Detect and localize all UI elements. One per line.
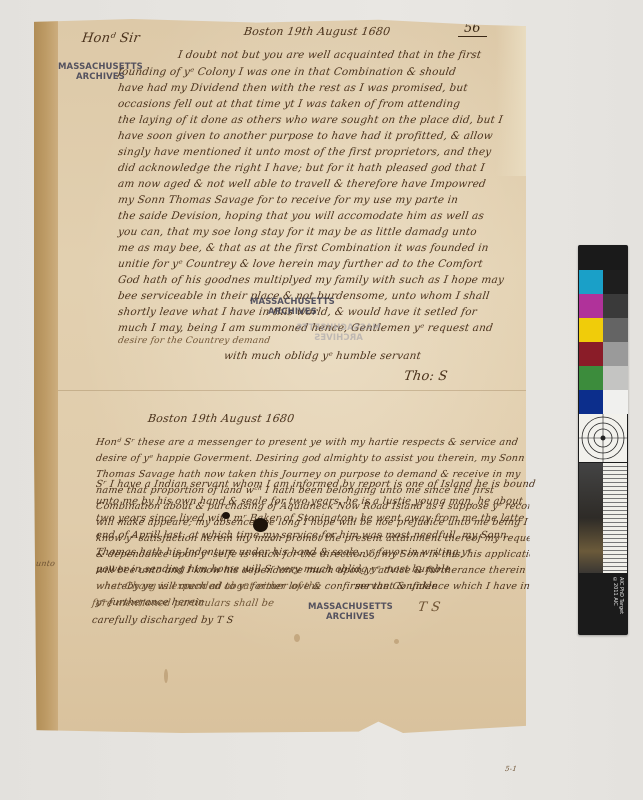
letter1-line: have had my Dividend then with the rest … xyxy=(117,82,468,94)
letter1-line: have soon given to another purpose to ha… xyxy=(117,130,493,142)
ink-blot xyxy=(253,518,268,532)
letter1-line: God hath of his goodnes multiplyed my fa… xyxy=(117,274,505,286)
gray-swatch xyxy=(603,294,628,318)
letter1-signature: Tho: S xyxy=(403,369,449,384)
gray-swatch xyxy=(603,366,628,390)
archives-stamp: MASSACHUSETTS ARCHIVES xyxy=(250,297,335,317)
letter2-line: Honᵈ Sʳ these are a messenger to present… xyxy=(95,437,519,448)
letter1-line: I doubt not but you are well acquainted … xyxy=(177,49,482,61)
manuscript-page: Honᵈ Sir Boston 19th August 1680 56 I do… xyxy=(34,19,526,733)
color-calibration-target: AIC PhD Target ©2011 AIC xyxy=(578,245,628,635)
ink-blot xyxy=(222,512,230,519)
gray-swatch xyxy=(603,318,628,342)
letter2-line: Combination about & purchasing of Aquidn… xyxy=(95,501,539,512)
letter2-line: & dependance upon yᵉ selfe is much for t… xyxy=(95,549,542,560)
letter1-line: me as may bee, & that as at the first Co… xyxy=(117,242,489,254)
letter1-line: you can, that my soe long stay for it ma… xyxy=(117,226,477,238)
dark-patch xyxy=(579,463,603,573)
gray-swatch xyxy=(579,246,627,270)
handwritten-text: Honᵈ Sir Boston 19th August 1680 56 I do… xyxy=(34,19,526,733)
letter1-line: occasions fell out at that time yt I was… xyxy=(117,98,461,110)
letter1-line: desire for the Countrey demand xyxy=(117,336,271,346)
letter2-line: will make appeare; my absence soe long I… xyxy=(95,517,528,528)
letter2-line: yᵉ furtherance herein xyxy=(95,597,205,608)
archives-stamp-offset: MASSACHUSETTS ARCHIVES xyxy=(296,323,381,343)
gray-swatch xyxy=(603,270,628,294)
letter1-line: my Sonn Thomas Savage for to receive for… xyxy=(117,194,459,206)
red-swatch xyxy=(579,342,604,366)
letter2-line: Thomas Savage hath now taken this Journe… xyxy=(95,469,521,480)
focus-target-icon xyxy=(579,414,627,462)
letter2-line: name that proportion of land wᶜʰ I hath … xyxy=(95,485,495,496)
margin-note: unto xyxy=(35,559,55,568)
salutation-top: Honᵈ Sir xyxy=(81,31,141,46)
magenta-swatch xyxy=(579,294,604,318)
target-label: AIC PhD Target ©2011 AIC xyxy=(584,577,624,631)
letter2-line: whereby ye will much ad to yᵉ former lov… xyxy=(95,581,531,592)
white-swatch xyxy=(603,390,628,414)
letter1-line: singly have mentioned it unto most of th… xyxy=(117,146,492,158)
letter1-closing: with much oblidg yᵉ humble servant xyxy=(223,350,422,362)
letter1-line: am now aged & not well able to travell &… xyxy=(117,178,487,190)
letter2-line: know yᵉ satisfaction herein my much prom… xyxy=(95,533,542,544)
blue-swatch xyxy=(579,390,604,414)
letter1-line: the laying of it done as others who ware… xyxy=(117,114,503,126)
gray-swatch xyxy=(603,342,628,366)
letter2-dateline: Boston 19th August 1680 xyxy=(147,412,295,425)
archives-stamp: MASSACHUSETTS ARCHIVES xyxy=(58,62,143,82)
scale-ruler xyxy=(603,463,627,573)
letter1-line: did acknowledge the right I have; but fo… xyxy=(117,162,485,174)
cyan-swatch xyxy=(579,270,604,294)
letter2-line: will bee unto and I know his dependance … xyxy=(95,565,526,576)
letter1-line: founding of yᵉ Colony I was one in that … xyxy=(117,66,457,78)
letter1-dateline: Boston 19th August 1680 xyxy=(243,25,391,38)
green-swatch xyxy=(579,366,604,390)
archives-stamp: MASSACHUSETTS ARCHIVES xyxy=(308,602,393,622)
letter1-line: the saide Devision, hoping that you will… xyxy=(117,210,485,222)
letter2-line: desire of yᵉ happie Goverment. Desiring … xyxy=(95,453,525,464)
letter1-line: unitie for yᵉ Countrey & love herein may… xyxy=(117,258,483,270)
yellow-swatch xyxy=(579,318,604,342)
